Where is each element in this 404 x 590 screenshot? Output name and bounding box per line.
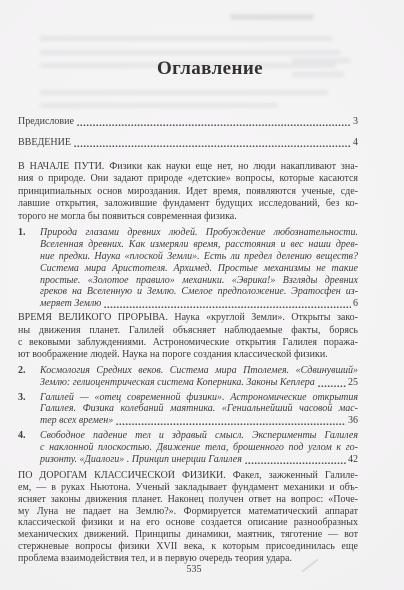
item-body: Космология Средних веков. Система мира П…	[40, 365, 358, 389]
toc-front-matter: Предисловие 3 ВВЕДЕНИЕ 4	[18, 115, 358, 149]
section-line: с вековыми заблуждениями. Астрономически…	[18, 337, 358, 349]
section-line: ем, — в руках Ньютона. Ученый закладывае…	[18, 482, 358, 494]
item-last-line: меряет Землю 6	[40, 298, 358, 310]
dot-leader	[318, 383, 346, 388]
item-body: Природа глазами древних людей. Пробужден…	[40, 227, 358, 310]
page-number: 535	[24, 564, 364, 575]
toc-entry-label: ВВЕДЕНИЕ	[18, 137, 71, 149]
section-line: торого не могла бы появиться современная…	[18, 211, 358, 223]
section-line: лавшие открытия, заложившие фундамент бу…	[18, 198, 358, 210]
section-heading: ПО ДОРОГАМ КЛАССИЧЕСКОЙ ФИЗИКИ.	[18, 470, 226, 481]
item-line: Космология Средних веков. Система мира П…	[40, 365, 358, 377]
item-body: Галилей — «отец современной физики». Аст…	[40, 392, 358, 428]
toc-item-2: 2. Космология Средних веков. Система мир…	[18, 365, 358, 389]
item-line: ризонту. «Диалоги» . Принцип инерции Гал…	[40, 454, 242, 466]
item-line: греков на Вселенную и Землю. Смелое пред…	[40, 286, 358, 298]
section-line: ПО ДОРОГАМ КЛАССИЧЕСКОЙ ФИЗИКИ. Факел, з…	[18, 470, 358, 482]
item-body: Свободное падение тел и здравый смысл. Э…	[40, 430, 358, 466]
section-line: ны движения планет. Галилей объясняет на…	[18, 325, 358, 337]
section-text: Факел, зажженный Галиле-	[233, 470, 358, 481]
item-number: 2.	[18, 365, 40, 389]
toc-item-1: 1. Природа глазами древних людей. Пробуж…	[18, 227, 358, 310]
section-line: В НАЧАЛЕ ПУТИ. Физики как науки еще нет,…	[18, 161, 358, 173]
item-last-line: Землю: гелиоцентрическая система Коперни…	[40, 377, 358, 389]
toc-entry-label: Предисловие	[18, 116, 74, 128]
item-number: 3.	[18, 392, 40, 428]
item-line: ние предки. Наука «плоской Земли». Есть …	[40, 251, 358, 263]
section-line: ясняет законы движения планет. Наконец п…	[18, 494, 358, 506]
section-paragraph-beginning: В НАЧАЛЕ ПУТИ. Физики как науки еще нет,…	[18, 161, 358, 223]
item-page: 6	[353, 298, 358, 310]
item-last-line: ризонту. «Диалоги» . Принцип инерции Гал…	[40, 454, 358, 466]
item-line: с наклонной плоскостью. Движение тела, б…	[40, 442, 358, 454]
book-page: Оглавление Предисловие 3 ВВЕДЕНИЕ 4 В НА…	[0, 0, 404, 590]
item-line: Свободное падение тел и здравый смысл. Э…	[40, 430, 358, 442]
page-title: Оглавление	[40, 57, 380, 80]
item-line: Галилея. Физика колебаний маятника. «Ген…	[40, 403, 358, 415]
dot-leader	[77, 122, 351, 127]
dot-leader	[74, 143, 351, 148]
item-line: Система мира Аристотеля. Архимед. Просты…	[40, 263, 358, 275]
section-line: му Луна не падает на Землю?». Формируетс…	[18, 506, 358, 518]
item-last-line: тер всех времен» 36	[40, 415, 358, 427]
section-paragraph-classical-physics: ПО ДОРОГАМ КЛАССИЧЕСКОЙ ФИЗИКИ. Факел, з…	[18, 470, 358, 565]
toc-content: Оглавление Предисловие 3 ВВЕДЕНИЕ 4 В НА…	[18, 0, 358, 565]
item-line: меряет Землю	[40, 298, 101, 310]
section-text: Наука «круглой Земли». Открыты зако-	[174, 312, 358, 323]
section-line: ВРЕМЯ ВЕЛИКОГО ПРОРЫВА. Наука «круглой З…	[18, 312, 358, 324]
section-line: ния о природе. Они задают природе «детск…	[18, 173, 358, 185]
section-line: механических движений. Принципы динамики…	[18, 529, 358, 541]
item-number: 4.	[18, 430, 40, 466]
toc-entry-introduction: ВВЕДЕНИЕ 4	[18, 136, 358, 149]
item-line: Природа глазами древних людей. Пробужден…	[40, 227, 358, 239]
item-line: Землю: гелиоцентрическая система Коперни…	[40, 377, 315, 389]
item-line: Вселенная древних. Как измеряли время, р…	[40, 239, 358, 251]
item-page: 25	[348, 377, 358, 389]
toc-entry-page: 3	[353, 116, 358, 128]
dot-leader	[116, 421, 346, 426]
section-line: классической физики и на его основе созд…	[18, 517, 358, 529]
section-line: стержневые вопросы физики XVII века, к к…	[18, 541, 358, 553]
dot-leader	[245, 460, 346, 465]
section-line: принципиальных основ мироздания. Идет вр…	[18, 186, 358, 198]
toc-entry-preface: Предисловие 3	[18, 115, 358, 128]
section-line: ют воображение людей. Наука на пороге со…	[18, 349, 358, 361]
item-number: 1.	[18, 227, 40, 310]
section-text: Физики как науки еще нет, но люди накапл…	[109, 161, 358, 172]
section-heading: ВРЕМЯ ВЕЛИКОГО ПРОРЫВА.	[18, 312, 168, 323]
item-line: Галилей — «отец современной физики». Аст…	[40, 392, 358, 404]
item-page: 36	[348, 415, 358, 427]
toc-item-3: 3. Галилей — «отец современной физики». …	[18, 392, 358, 428]
item-line: простые. «Золотое правило» механики. «Эв…	[40, 275, 358, 287]
section-heading: В НАЧАЛЕ ПУТИ.	[18, 161, 104, 172]
item-line: тер всех времен»	[40, 415, 113, 427]
dot-leader	[104, 304, 351, 309]
toc-entry-page: 4	[353, 137, 358, 149]
section-paragraph-breakthrough: ВРЕМЯ ВЕЛИКОГО ПРОРЫВА. Наука «круглой З…	[18, 312, 358, 362]
item-page: 42	[348, 454, 358, 466]
toc-item-4: 4. Свободное падение тел и здравый смысл…	[18, 430, 358, 466]
